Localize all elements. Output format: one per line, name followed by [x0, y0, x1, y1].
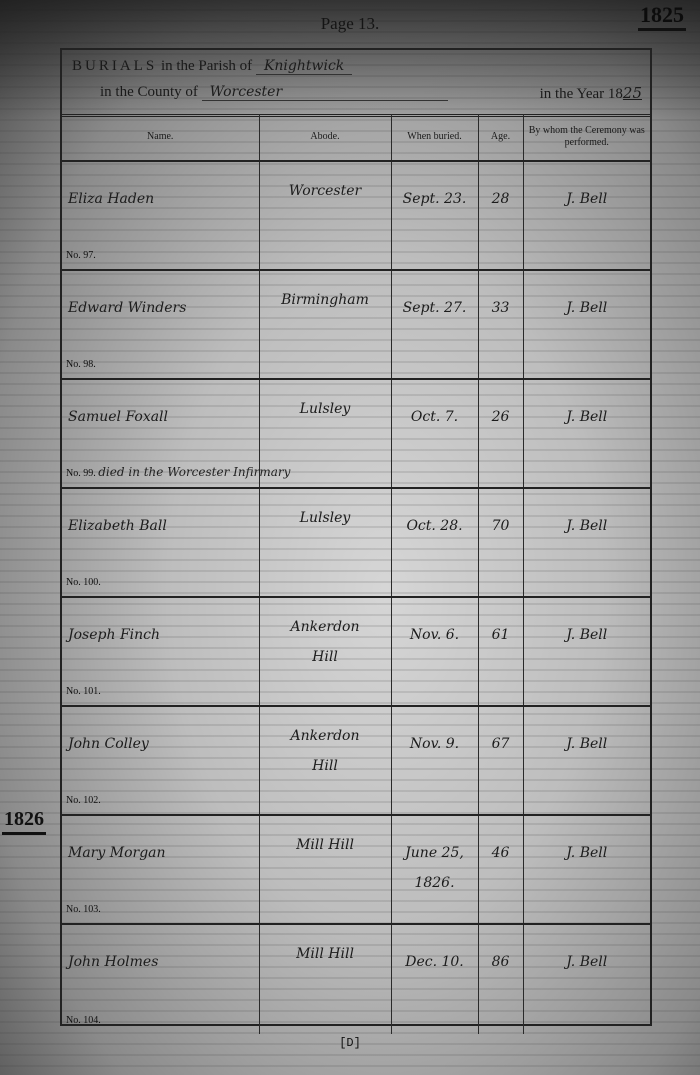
year-suffix: 25 — [623, 84, 642, 102]
column-header-age: Age. — [478, 114, 523, 161]
entry-when-buried-cell: Oct. 7. — [391, 379, 478, 488]
entry-age-value: 46 — [481, 838, 521, 868]
entry-officiant-value: J. Bell — [526, 838, 649, 868]
entry-number-text: No. 101. — [66, 686, 101, 697]
entry-when-buried-value: Oct. 28. — [394, 511, 476, 541]
entry-age-value: 28 — [481, 184, 521, 214]
entry-when-buried-value: Nov. 6. — [394, 620, 476, 650]
entry-abode-value: Ankerdon Hill — [280, 721, 371, 781]
entry-when-buried-value: June 25, 1826. — [394, 838, 476, 898]
table-row: John ColleyNo. 102.Ankerdon HillNov. 9.6… — [62, 706, 650, 815]
parish-prefix: in the Parish of — [161, 58, 252, 74]
column-header-abode: Abode. — [259, 114, 391, 161]
entry-number-text: No. 102. — [66, 795, 101, 806]
county-prefix: in the County of — [100, 84, 198, 100]
entries-body: Eliza HadenNo. 97.WorcesterSept. 23.28J.… — [62, 161, 650, 1034]
entry-officiant-cell: J. Bell — [523, 161, 650, 270]
entry-name-value: Joseph Finch — [68, 620, 255, 650]
year-prefix: in the Year 18 — [540, 86, 623, 102]
entry-officiant-value: J. Bell — [526, 729, 649, 759]
entry-when-buried-cell: Sept. 27. — [391, 270, 478, 379]
entry-name-cell: Edward WindersNo. 98. — [62, 270, 259, 379]
entry-abode-cell: Ankerdon Hill — [259, 597, 391, 706]
county-value: Worcester — [202, 84, 448, 101]
entry-when-buried-value: Sept. 23. — [394, 184, 476, 214]
title-county-line: in the County of Worcester — [100, 84, 448, 101]
column-header-when-buried: When buried. — [391, 114, 478, 161]
burial-register: BURIALS in the Parish of Knightwick in t… — [60, 48, 652, 1026]
entry-age-value: 33 — [481, 293, 521, 323]
entry-name-cell: John HolmesNo. 104. — [62, 924, 259, 1034]
entry-when-buried-cell: Oct. 28. — [391, 488, 478, 597]
entry-number: No. 102. — [66, 795, 101, 806]
entry-officiant-value: J. Bell — [526, 947, 649, 977]
entry-when-buried-value: Dec. 10. — [394, 947, 476, 977]
entry-number-text: No. 98. — [66, 359, 96, 370]
entry-name-value: Samuel Foxall — [68, 402, 255, 432]
entry-age-cell: 46 — [478, 815, 523, 924]
entry-name-value: Edward Winders — [68, 293, 255, 323]
entry-age-cell: 33 — [478, 270, 523, 379]
entry-abode-value: Mill Hill — [280, 939, 371, 969]
entry-officiant-value: J. Bell — [526, 402, 649, 432]
table-row: Eliza HadenNo. 97.WorcesterSept. 23.28J.… — [62, 161, 650, 270]
entry-abode-cell: Worcester — [259, 161, 391, 270]
entry-abode-cell: Lulsley — [259, 488, 391, 597]
table-row: Edward WindersNo. 98.BirminghamSept. 27.… — [62, 270, 650, 379]
parish-value: Knightwick — [256, 58, 352, 75]
entry-officiant-cell: J. Bell — [523, 924, 650, 1034]
entry-name-value: Elizabeth Ball — [68, 511, 255, 541]
entry-number: No. 103. — [66, 904, 101, 915]
entry-age-value: 70 — [481, 511, 521, 541]
burials-table: Name. Abode. When buried. Age. By whom t… — [62, 114, 650, 1034]
entry-abode-value: Ankerdon Hill — [280, 612, 371, 672]
entry-age-cell: 26 — [478, 379, 523, 488]
entry-age-value: 26 — [481, 402, 521, 432]
entry-when-buried-cell: Nov. 9. — [391, 706, 478, 815]
entry-when-buried-cell: Dec. 10. — [391, 924, 478, 1034]
entry-abode-value: Mill Hill — [280, 830, 371, 860]
entry-when-buried-value: Nov. 9. — [394, 729, 476, 759]
entry-officiant-value: J. Bell — [526, 293, 649, 323]
entry-abode-cell: Ankerdon Hill — [259, 706, 391, 815]
entry-age-value: 67 — [481, 729, 521, 759]
entry-name-cell: Joseph FinchNo. 101. — [62, 597, 259, 706]
entry-officiant-cell: J. Bell — [523, 270, 650, 379]
entry-number-text: No. 97. — [66, 250, 96, 261]
entry-number: No. 99. died in the Worcester Infirmary — [66, 465, 290, 479]
register-page: Page 13. 1825 1826 BURIALS in the Parish… — [0, 0, 700, 1075]
entry-age-cell: 28 — [478, 161, 523, 270]
entry-number-text: No. 99. — [66, 468, 96, 479]
register-title: BURIALS in the Parish of Knightwick in t… — [62, 50, 650, 117]
entry-abode-cell: Birmingham — [259, 270, 391, 379]
entry-number: No. 98. — [66, 359, 96, 370]
entry-officiant-value: J. Bell — [526, 511, 649, 541]
entry-abode-cell: Lulsley — [259, 379, 391, 488]
entry-abode-value: Lulsley — [280, 503, 371, 533]
page-number: Page 13. — [0, 14, 700, 34]
table-row: Samuel FoxallNo. 99. died in the Worcest… — [62, 379, 650, 488]
entry-age-value: 61 — [481, 620, 521, 650]
entry-name-cell: Mary MorganNo. 103. — [62, 815, 259, 924]
entry-number: No. 97. — [66, 250, 96, 261]
entry-officiant-cell: J. Bell — [523, 706, 650, 815]
title-caps: BURIALS — [72, 58, 157, 74]
entry-name-cell: Elizabeth BallNo. 100. — [62, 488, 259, 597]
entry-officiant-cell: J. Bell — [523, 488, 650, 597]
entry-name-value: Eliza Haden — [68, 184, 255, 214]
entry-abode-value: Birmingham — [280, 285, 371, 315]
entry-age-cell: 61 — [478, 597, 523, 706]
entry-officiant-cell: J. Bell — [523, 597, 650, 706]
entry-name-value: John Colley — [68, 729, 255, 759]
table-row: Elizabeth BallNo. 100.LulsleyOct. 28.70J… — [62, 488, 650, 597]
column-header-officiant: By whom the Ceremony was performed. — [523, 114, 650, 161]
margin-year-label: 1826 — [2, 808, 46, 835]
entry-officiant-cell: J. Bell — [523, 815, 650, 924]
table-row: Joseph FinchNo. 101.Ankerdon HillNov. 6.… — [62, 597, 650, 706]
entry-number-text: No. 103. — [66, 904, 101, 915]
entry-officiant-cell: J. Bell — [523, 379, 650, 488]
entry-name-cell: Eliza HadenNo. 97. — [62, 161, 259, 270]
table-row: Mary MorganNo. 103.Mill HillJune 25, 182… — [62, 815, 650, 924]
entry-when-buried-value: Sept. 27. — [394, 293, 476, 323]
entry-age-cell: 70 — [478, 488, 523, 597]
entry-officiant-value: J. Bell — [526, 620, 649, 650]
entry-number: No. 100. — [66, 577, 101, 588]
page-signature-mark: [D] — [0, 1036, 700, 1050]
entry-name-cell: John ColleyNo. 102. — [62, 706, 259, 815]
entry-number: No. 104. — [66, 1015, 101, 1026]
entry-number: No. 101. — [66, 686, 101, 697]
entry-name-value: Mary Morgan — [68, 838, 255, 868]
entry-age-cell: 86 — [478, 924, 523, 1034]
entry-abode-value: Worcester — [280, 176, 371, 206]
corner-year-label: 1825 — [638, 4, 686, 31]
entry-name-value: John Holmes — [68, 947, 255, 977]
entry-abode-value: Lulsley — [280, 394, 371, 424]
title-year-line: in the Year 1825 — [540, 84, 642, 103]
entry-officiant-value: J. Bell — [526, 184, 649, 214]
entry-age-cell: 67 — [478, 706, 523, 815]
entry-age-value: 86 — [481, 947, 521, 977]
entry-number-text: No. 104. — [66, 1015, 101, 1026]
column-header-name: Name. — [62, 114, 259, 161]
entry-when-buried-cell: June 25, 1826. — [391, 815, 478, 924]
entry-abode-cell: Mill Hill — [259, 924, 391, 1034]
title-parish-line: BURIALS in the Parish of Knightwick — [72, 58, 352, 75]
entry-when-buried-cell: Nov. 6. — [391, 597, 478, 706]
entry-when-buried-cell: Sept. 23. — [391, 161, 478, 270]
entry-number-text: No. 100. — [66, 577, 101, 588]
entry-when-buried-value: Oct. 7. — [394, 402, 476, 432]
entry-name-cell: Samuel FoxallNo. 99. died in the Worcest… — [62, 379, 259, 488]
entry-abode-cell: Mill Hill — [259, 815, 391, 924]
column-header-row: Name. Abode. When buried. Age. By whom t… — [62, 114, 650, 161]
table-row: John HolmesNo. 104.Mill HillDec. 10.86J.… — [62, 924, 650, 1034]
